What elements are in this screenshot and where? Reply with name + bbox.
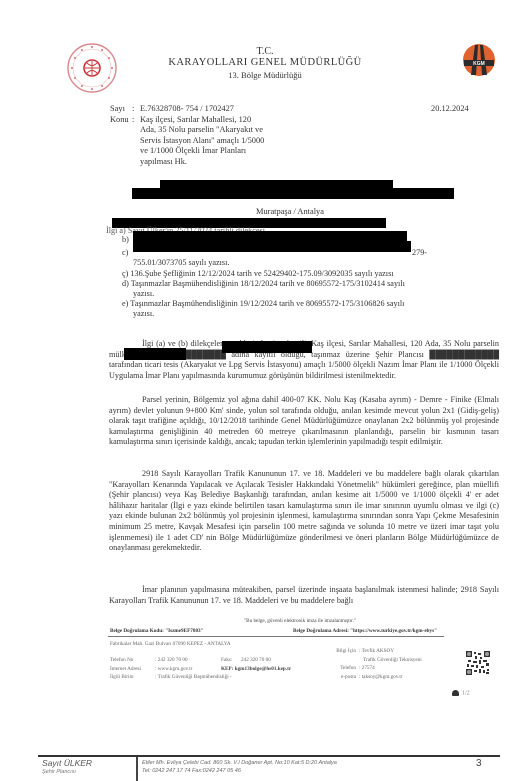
lock-icon: [452, 690, 459, 696]
contact-tel-row: Telefon: 27574: [320, 664, 422, 673]
divider: [108, 636, 444, 637]
contact-kep-row: KEP: kgm13bolge@hs01.kep.tr: [221, 665, 291, 674]
redaction-ilgi-c: [133, 241, 411, 252]
redaction-owner: [124, 348, 186, 360]
contact-right: Bilgi İçin: Tevfik AKSOY Trafik Güvenliğ…: [320, 647, 422, 682]
qr-code: [466, 651, 490, 675]
konu-colon: :: [132, 115, 134, 126]
redaction-recipient-address: [132, 188, 454, 199]
sayi-colon: :: [132, 104, 134, 115]
svg-text:KGM: KGM: [473, 61, 485, 67]
contact-email-row: e-posta: taksoy@kgm.gov.tr: [320, 673, 422, 682]
body-paragraph-3: 2918 Sayılı Karayolları Trafik Kanununun…: [109, 469, 499, 554]
document-date: 20.12.2024: [431, 104, 469, 113]
verify-url[interactable]: Belge Doğrulama Adresi: "https://www.tur…: [293, 628, 437, 634]
ilgi-b-marker: b): [122, 235, 129, 245]
contact-info-row: Bilgi İçin: Tevfik AKSOY: [320, 647, 422, 656]
body-paragraph-2: Parsel yerinin, Bölgemiz yol ağına dahil…: [109, 395, 499, 448]
contact-middle: Faks:242 320 70 00 KEP: kgm13bolge@hs01.…: [221, 656, 291, 673]
header-organization: KARAYOLLARI GENEL MÜDÜRLÜĞÜ: [140, 57, 390, 69]
ilgi-c-tail: 279-: [412, 248, 427, 258]
contact-unit-row: İlgili Birim: Trafik Güvenliği Başmühend…: [110, 673, 232, 682]
header-unit: 13. Bölge Müdürlüğü: [140, 69, 390, 81]
body-paragraph-4: İmar planının yapılmasına müteakiben, pa…: [109, 585, 499, 606]
verify-code: Belge Doğrulama Kodu: "Iszme9EF7803": [110, 628, 204, 634]
ilgi-c-continuation: 755.01/3073705 sayılı yazısı.: [133, 258, 229, 268]
recipient-city: Muratpaşa / Antalya: [90, 207, 490, 216]
stamp-address: Etiler Mh. Evliya Çelebi Cad. 860 Sk. V.…: [142, 759, 337, 775]
contact-title-row: Trafik Güvenliği Teknisyeni: [320, 656, 422, 665]
ilgi-cc: ç) 136.Şube Şefliğinin 12/12/2024 tarih …: [122, 269, 394, 279]
ilgi-e: e) Taşınmazlar Başmühendisliğinin 19/12/…: [122, 299, 404, 309]
page-indicator: 1/2: [452, 690, 470, 696]
esign-notice: "Bu belge, güvenli elektronik imza ile i…: [150, 618, 450, 624]
contact-web-row: İnternet Adresi: www.kgm.gov.tr: [110, 665, 232, 674]
contact-fax-row: Faks:242 320 70 00: [221, 656, 291, 665]
stamp-page-number: 3: [476, 758, 482, 769]
contact-left: Telefon No: 242 320 70 00 İnternet Adres…: [110, 656, 232, 682]
redaction-planner: [222, 341, 312, 353]
ministry-emblem-logo: [66, 42, 118, 94]
footer-divider: [38, 755, 500, 757]
contact-address: Fabrikalar Mah. Gazi Bulvarı 07090 KEPEZ…: [110, 640, 231, 649]
ilgi-e-continuation: yazısı.: [133, 309, 154, 319]
ilgi-d: d) Taşınmazlar Başmühendisliğinin 18/12/…: [122, 279, 405, 289]
stamp-title: Şehir Plancısı: [42, 769, 76, 775]
contact-phone-row: Telefon No: 242 320 70 00: [110, 656, 232, 665]
footer-vertical-divider: [136, 757, 138, 781]
kgm-logo: KGM: [462, 43, 496, 77]
ilgi-c-marker: c): [122, 248, 128, 258]
sayi-value: E.76328708- 754 / 1702427: [140, 104, 340, 115]
stamp-name: Sayıt ÜLKER: [42, 758, 92, 768]
konu-value: Kaş ilçesi, Sarılar Mahallesi, 120 Ada, …: [140, 115, 340, 168]
ilgi-d-continuation: yazısı.: [133, 289, 154, 299]
